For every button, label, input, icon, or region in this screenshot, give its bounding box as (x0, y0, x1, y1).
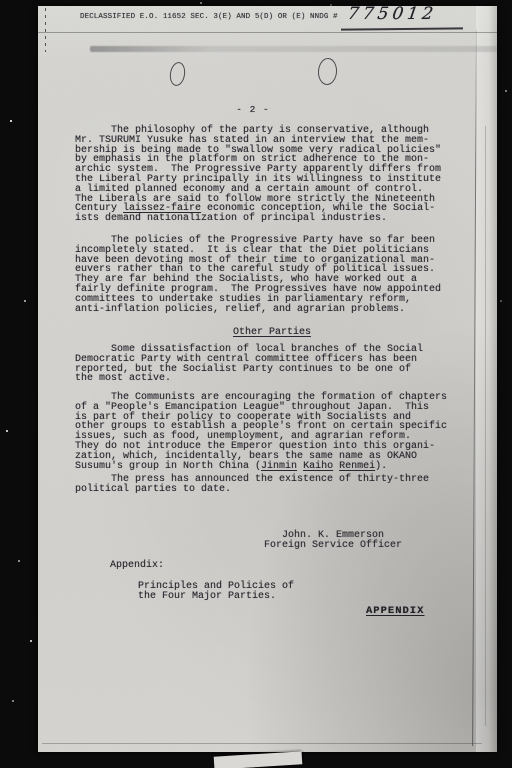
section-heading-other-parties: Other Parties (75, 327, 469, 338)
scanned-document: DECLASSIFIED E.O. 11652 SEC. 3(E) AND 5(… (0, 0, 512, 768)
paragraph-social-democratic: Some dissatisfaction of local branches o… (75, 345, 469, 384)
smudge-band (90, 46, 497, 52)
section-heading-text: Other Parties (233, 327, 311, 338)
page-bottom-crease (42, 743, 482, 744)
fold-dash-marks (45, 8, 46, 52)
next-page-sliver (214, 751, 303, 768)
appendix-reference: Principles and Policies ofthe Four Major… (138, 582, 294, 602)
scan-noise-specks (0, 0, 2, 2)
handwritten-declass-number: 775012 (347, 4, 439, 24)
paragraph-communists: The Communists are encouraging the forma… (75, 393, 469, 471)
page-right-edge (476, 6, 497, 752)
underlined-term: Renmei (339, 461, 375, 472)
text-line: Susumu's group in North China (Jinmin Ka… (75, 462, 469, 472)
appendix-tag: APPENDIX (366, 605, 424, 617)
declassification-stamp: DECLASSIFIED E.O. 11652 SEC. 3(E) AND 5(… (80, 13, 338, 21)
text-line: the Four Major Parties. (138, 592, 294, 602)
stamp-number-underline (341, 27, 463, 30)
oval-stamp-icon (168, 61, 187, 87)
text-line: Foreign Service Officer (233, 541, 433, 551)
text-line: the most active. (75, 374, 469, 384)
text-line: anti-inflation policies, relief, and agr… (75, 305, 469, 315)
appendix-label: Appendix: (110, 560, 164, 571)
text-line: political parties to date. (75, 485, 469, 495)
paragraph-policies: The policies of the Progressive Party ha… (75, 236, 469, 314)
document-page: DECLASSIFIED E.O. 11652 SEC. 3(E) AND 5(… (38, 6, 497, 752)
signature-block: John. K. EmmersonForeign Service Officer (233, 531, 433, 551)
oval-stamp-icon (317, 57, 338, 85)
page-edge-line (485, 126, 486, 726)
paragraph-press: The press has announced the existence of… (75, 475, 469, 495)
page-number: - 2 - (198, 104, 308, 115)
underlined-term: Jinmin (261, 461, 297, 472)
underlined-term: Kaiho (303, 461, 333, 472)
paragraph-philosophy: The philosophy of the party is conservat… (75, 126, 469, 224)
stamp-band-divider (38, 32, 497, 33)
text-line: ists demand nationalization of principal… (75, 214, 469, 224)
